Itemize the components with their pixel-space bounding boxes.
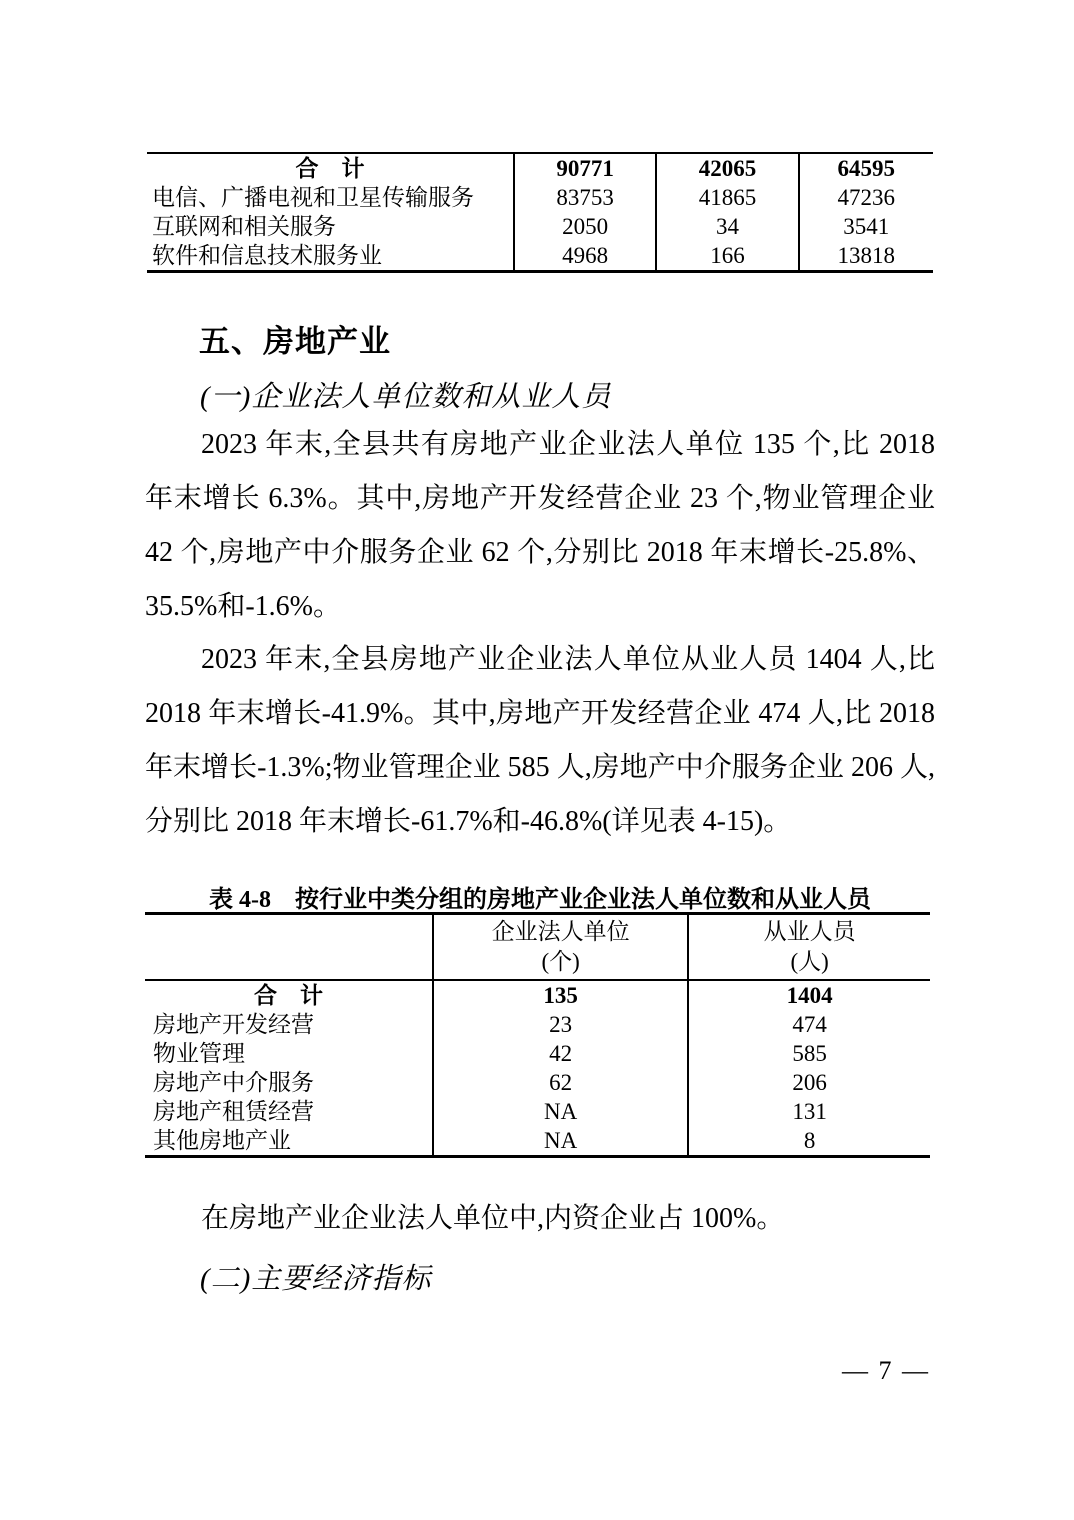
row-label: 房地产租赁经营 xyxy=(145,1097,433,1126)
row-label: 互联网和相关服务 xyxy=(147,212,514,241)
table-row: 合 计 135 1404 xyxy=(145,980,930,1010)
cell-value: 34 xyxy=(656,212,798,241)
paragraph-units: 2023 年末,全县共有房地产业企业法人单位 135 个,比 2018 年末增长… xyxy=(145,418,935,634)
cell-value: 42065 xyxy=(656,153,798,183)
cell-persons: 585 xyxy=(688,1039,930,1068)
cell-value: 2050 xyxy=(514,212,656,241)
table-row: 互联网和相关服务 2050 34 3541 xyxy=(147,212,933,241)
row-label: 电信、广播电视和卫星传输服务 xyxy=(147,183,514,212)
cell-value: 83753 xyxy=(514,183,656,212)
paragraph-domestic: 在房地产业企业法人单位中,内资企业占 100%。 xyxy=(145,1192,935,1246)
table-4-8-title: 表 4-8 按行业中类分组的房地产业企业法人单位数和从业人员 xyxy=(145,879,935,914)
row-label: 合 计 xyxy=(147,153,514,183)
row-label: 房地产中介服务 xyxy=(145,1068,433,1097)
header-persons-line1: 从业人员 xyxy=(689,917,930,947)
cell-persons: 8 xyxy=(688,1126,930,1157)
cell-persons: 1404 xyxy=(688,980,930,1010)
cell-value: 41865 xyxy=(656,183,798,212)
top-table: 合 计 90771 42065 64595 电信、广播电视和卫星传输服务 837… xyxy=(147,152,933,273)
subsection-heading-1: (一)企业法人单位数和从业人员 xyxy=(200,374,611,415)
table-row: 合 计 90771 42065 64595 xyxy=(147,153,933,183)
header-empty xyxy=(145,914,433,981)
table-4-8: 企业法人单位 (个) 从业人员 (人) 合 计 135 1404 房地产开发经营… xyxy=(145,912,930,1158)
table-row: 房地产开发经营 23 474 xyxy=(145,1010,930,1039)
row-label: 房地产开发经营 xyxy=(145,1010,433,1039)
table-header-row: 企业法人单位 (个) 从业人员 (人) xyxy=(145,914,930,981)
table-row: 软件和信息技术服务业 4968 166 13818 xyxy=(147,241,933,272)
table-row: 其他房地产业 NA 8 xyxy=(145,1126,930,1157)
header-persons: 从业人员 (人) xyxy=(688,914,930,981)
cell-value: 13818 xyxy=(799,241,933,272)
document-page: 合 计 90771 42065 64595 电信、广播电视和卫星传输服务 837… xyxy=(0,0,1074,1520)
row-label: 软件和信息技术服务业 xyxy=(147,241,514,272)
cell-units: 135 xyxy=(433,980,688,1010)
header-units: 企业法人单位 (个) xyxy=(433,914,688,981)
cell-units: 62 xyxy=(433,1068,688,1097)
header-persons-line2: (人) xyxy=(689,947,930,977)
header-units-line2: (个) xyxy=(434,947,687,977)
cell-units: 23 xyxy=(433,1010,688,1039)
table-row: 物业管理 42 585 xyxy=(145,1039,930,1068)
cell-units: NA xyxy=(433,1126,688,1157)
cell-value: 166 xyxy=(656,241,798,272)
cell-value: 3541 xyxy=(799,212,933,241)
cell-value: 47236 xyxy=(799,183,933,212)
cell-units: 42 xyxy=(433,1039,688,1068)
subsection-heading-2: (二)主要经济指标 xyxy=(200,1256,431,1297)
cell-value: 90771 xyxy=(514,153,656,183)
page-number: — 7 — xyxy=(842,1356,930,1386)
header-units-line1: 企业法人单位 xyxy=(434,917,687,947)
cell-value: 4968 xyxy=(514,241,656,272)
paragraph-employees: 2023 年末,全县房地产业企业法人单位从业人员 1404 人,比 2018 年… xyxy=(145,633,935,849)
cell-persons: 474 xyxy=(688,1010,930,1039)
row-label: 物业管理 xyxy=(145,1039,433,1068)
cell-persons: 131 xyxy=(688,1097,930,1126)
table-row: 电信、广播电视和卫星传输服务 83753 41865 47236 xyxy=(147,183,933,212)
row-label: 合 计 xyxy=(145,980,433,1010)
cell-units: NA xyxy=(433,1097,688,1126)
row-label: 其他房地产业 xyxy=(145,1126,433,1157)
cell-persons: 206 xyxy=(688,1068,930,1097)
section-heading: 五、房地产业 xyxy=(199,316,391,361)
cell-value: 64595 xyxy=(799,153,933,183)
table-row: 房地产中介服务 62 206 xyxy=(145,1068,930,1097)
table-row: 房地产租赁经营 NA 131 xyxy=(145,1097,930,1126)
